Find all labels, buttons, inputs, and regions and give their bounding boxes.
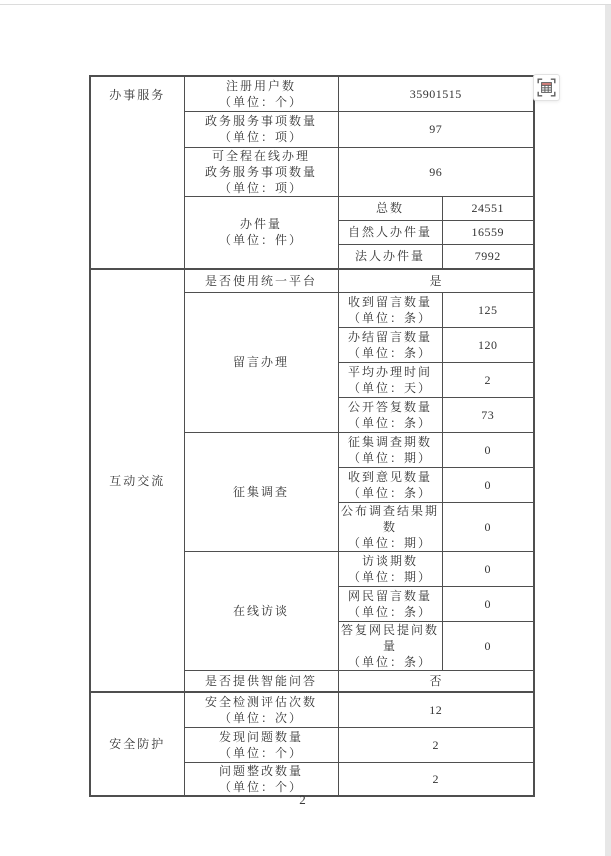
metric-label: 注册用户数 （单位：个） [184, 76, 338, 111]
sub-metric-label: 公布调查结果期数 （单位：期） [338, 502, 442, 551]
metric-value: 120 [442, 327, 534, 362]
metric-label: 是否提供智能问答 [184, 670, 338, 692]
sub-metric-label: 自然人办件量 [338, 220, 442, 244]
sub-metric-label: 征集调查期数 （单位：期） [338, 432, 442, 467]
metric-value: 0 [442, 467, 534, 502]
metric-value: 0 [442, 621, 534, 670]
metric-value: 0 [442, 551, 534, 586]
metric-value: 2 [442, 362, 534, 397]
metric-value: 0 [442, 586, 534, 621]
metric-value: 否 [338, 670, 534, 692]
metric-label: 在线访谈 [184, 551, 338, 670]
metric-value: 2 [338, 727, 534, 762]
metric-label: 可全程在线办理 政务服务事项数量 （单位：项） [184, 147, 338, 196]
metric-value: 7992 [442, 244, 534, 269]
section-category: 办事服务 [90, 76, 184, 269]
sub-metric-label: 访谈期数 （单位：期） [338, 551, 442, 586]
sub-metric-label: 公开答复数量 （单位：条） [338, 397, 442, 432]
sub-metric-label: 收到留言数量 （单位：条） [338, 292, 442, 327]
metric-value: 125 [442, 292, 534, 327]
sub-metric-label: 法人办件量 [338, 244, 442, 269]
metric-label: 发现问题数量 （单位：个） [184, 727, 338, 762]
sub-metric-label: 网民留言数量 （单位：条） [338, 586, 442, 621]
metric-value: 35901515 [338, 76, 534, 111]
metric-value: 24551 [442, 196, 534, 220]
sub-metric-label: 总数 [338, 196, 442, 220]
metric-value: 16559 [442, 220, 534, 244]
page-top-divider [0, 4, 611, 5]
sub-metric-label: 答复网民提问数量 （单位：条） [338, 621, 442, 670]
metric-label: 问题整改数量 （单位：个） [184, 762, 338, 796]
metric-value: 97 [338, 111, 534, 147]
sub-metric-label: 办结留言数量 （单位：条） [338, 327, 442, 362]
sub-metric-label: 平均办理时间 （单位：天） [338, 362, 442, 397]
metric-value: 96 [338, 147, 534, 196]
metric-value: 12 [338, 692, 534, 727]
metric-label: 安全检测评估次数 （单位：次） [184, 692, 338, 727]
metric-label: 征集调查 [184, 432, 338, 551]
metric-value: 0 [442, 502, 534, 551]
metric-label: 办件量 （单位：件） [184, 196, 338, 269]
metric-label: 政务服务事项数量 （单位：项） [184, 111, 338, 147]
document-page: 办事服务 注册用户数 （单位：个） 35901515 政务服务事项数量 （单位：… [0, 0, 611, 856]
metric-value: 73 [442, 397, 534, 432]
table-capture-button[interactable] [533, 74, 560, 101]
metric-value: 2 [338, 762, 534, 796]
metric-label: 留言办理 [184, 292, 338, 432]
metric-label: 是否使用统一平台 [184, 269, 338, 292]
section-category: 安全防护 [90, 692, 184, 796]
right-gutter [605, 5, 611, 856]
metrics-table: 办事服务 注册用户数 （单位：个） 35901515 政务服务事项数量 （单位：… [89, 75, 535, 797]
table-capture-icon [537, 78, 556, 97]
metric-value: 0 [442, 432, 534, 467]
section-category: 互动交流 [90, 269, 184, 692]
metric-value: 是 [338, 269, 534, 292]
page-number: 2 [0, 792, 605, 808]
sub-metric-label: 收到意见数量 （单位：条） [338, 467, 442, 502]
